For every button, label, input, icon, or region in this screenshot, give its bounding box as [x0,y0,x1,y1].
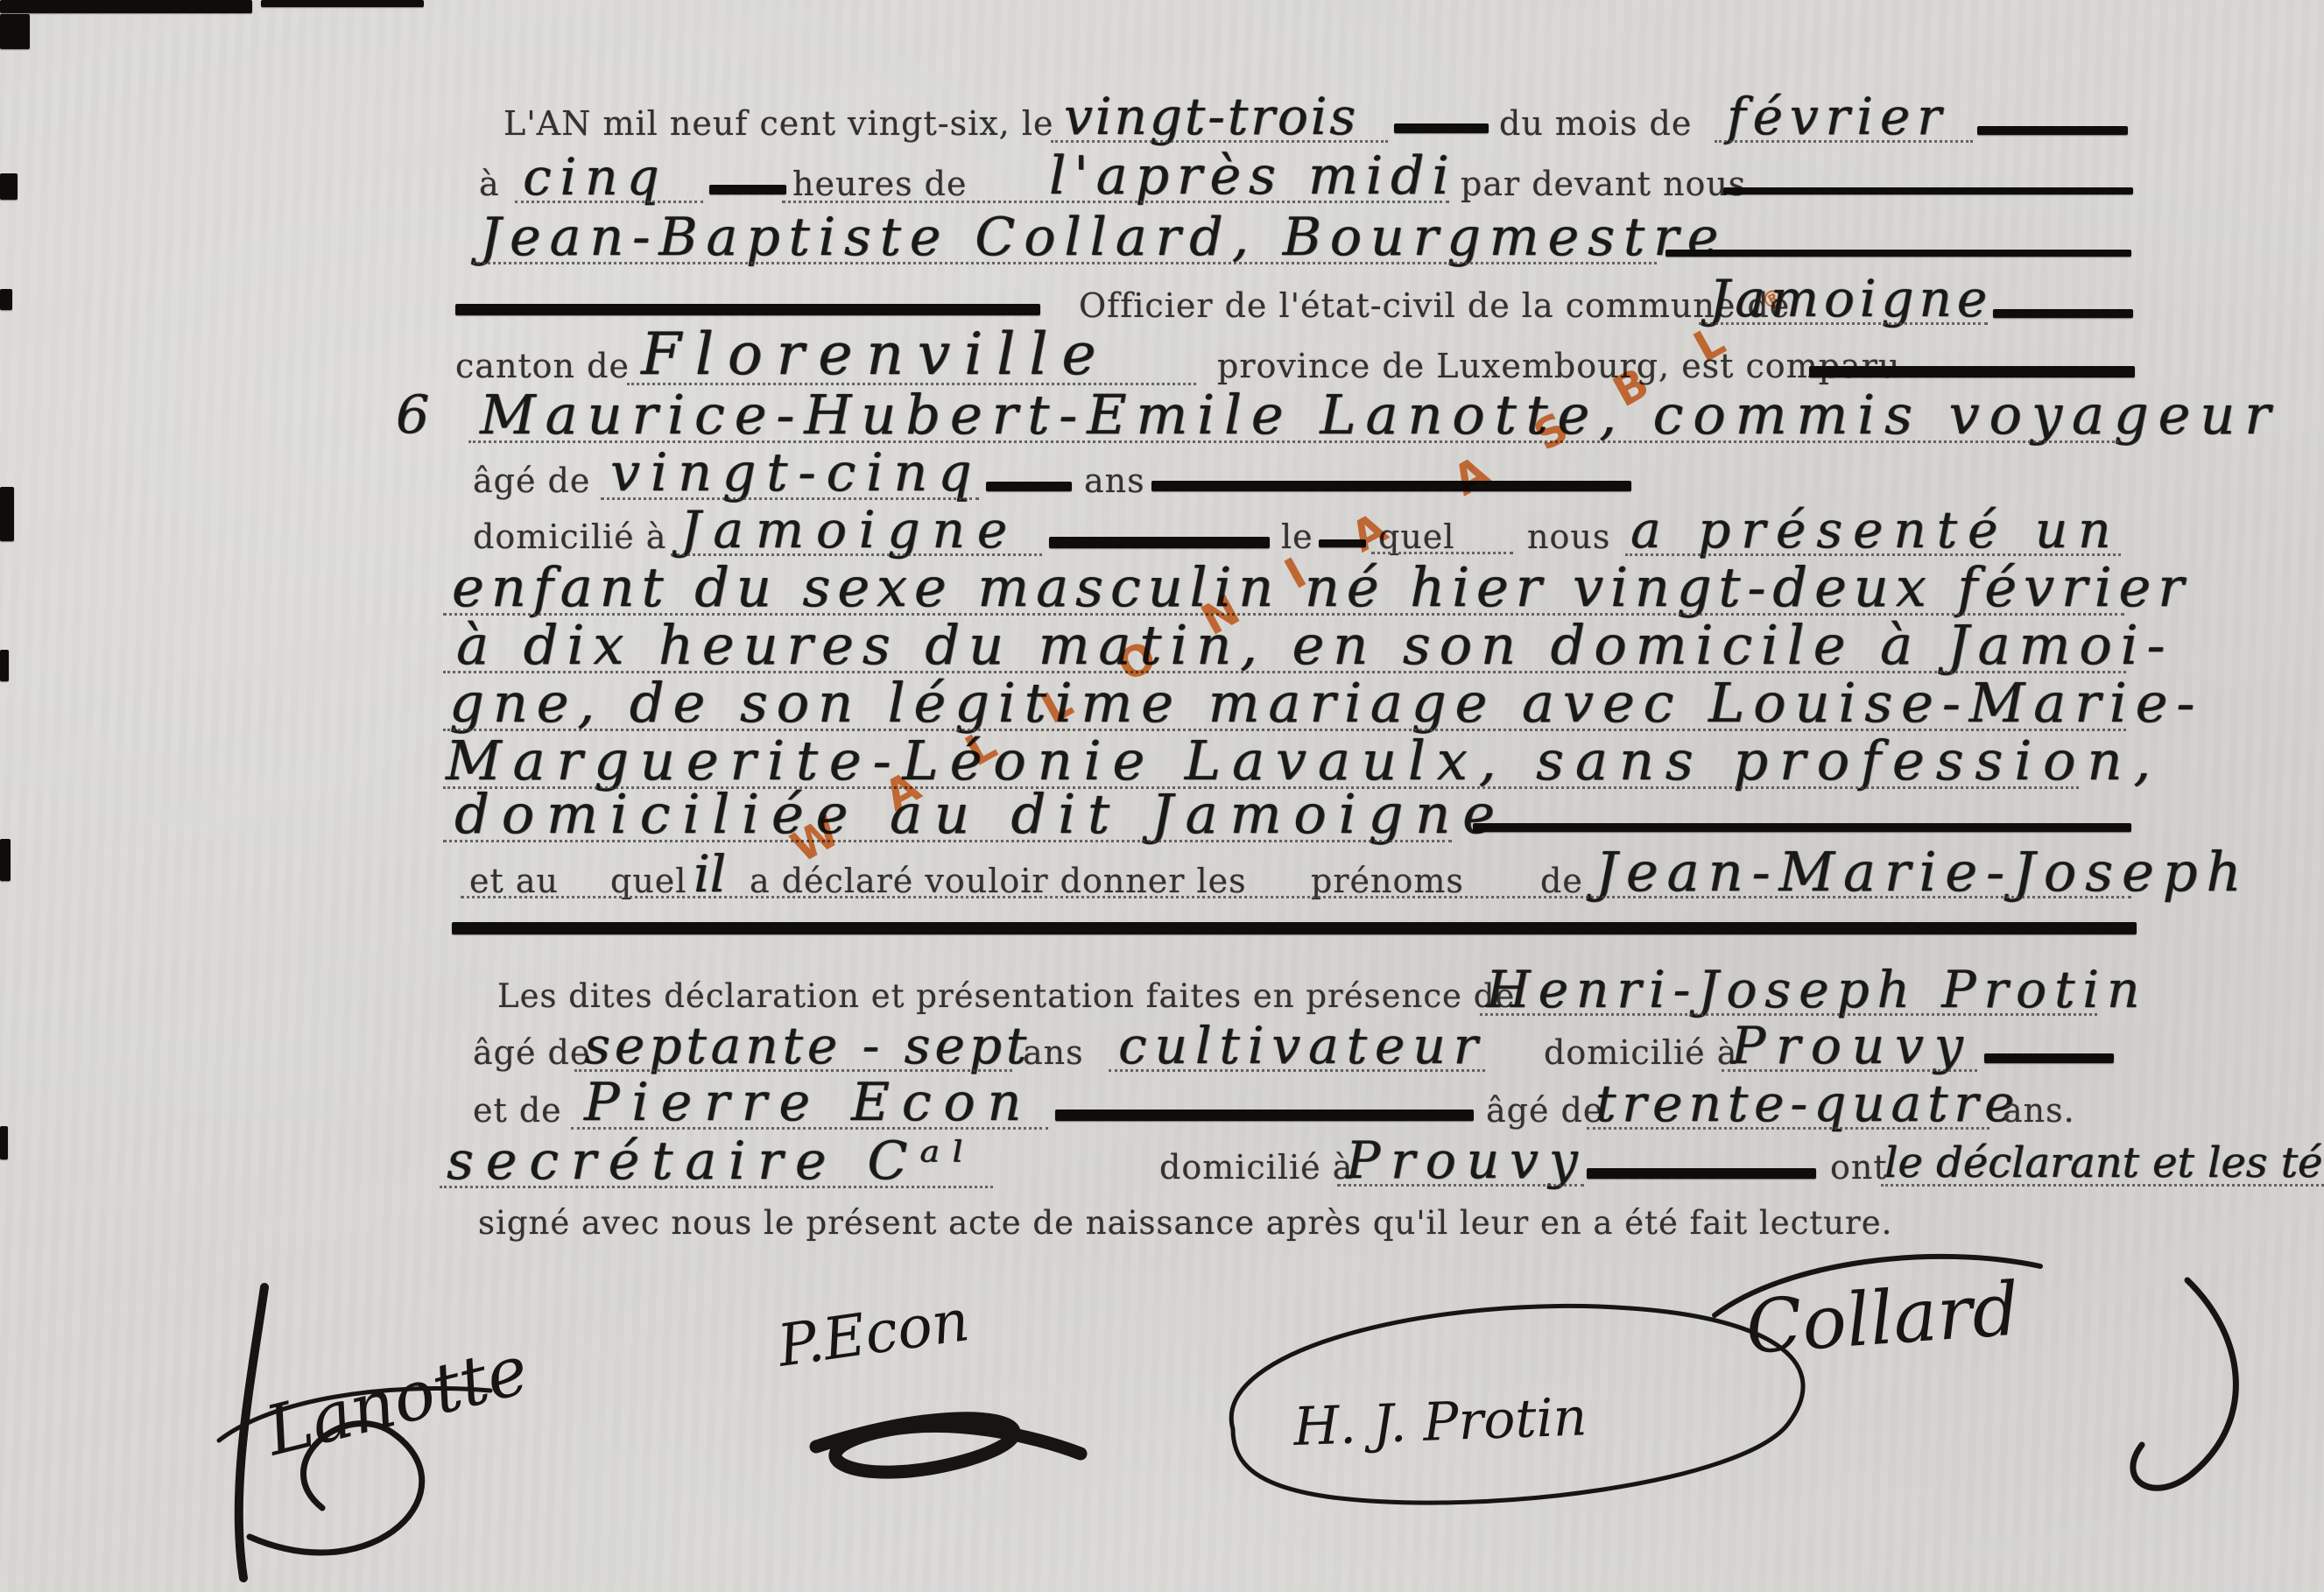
signature-name: H. J. Protin [1292,1386,1588,1458]
signature-lanotte: Lanotte [219,1287,536,1578]
signature-protin: H. J. Protin [1231,1306,1803,1503]
signature-name: P.Econ [773,1286,974,1380]
signature-paraph [816,1419,1081,1472]
scanned-birth-record-page: L'AN mil neuf cent vingt-six, levingt-tr… [0,0,2324,1592]
signature-econ: P.Econ [773,1286,1081,1472]
signature-collard: Collard [1715,1257,2236,1488]
signature-flourish [239,1287,264,1578]
signature-name: Lanotte [257,1330,536,1471]
signature-flourish [2133,1280,2236,1488]
signatures-layer: Lanotte P.Econ H. J. Protin Collard [0,0,2324,1592]
signature-name: Collard [1743,1265,2023,1370]
